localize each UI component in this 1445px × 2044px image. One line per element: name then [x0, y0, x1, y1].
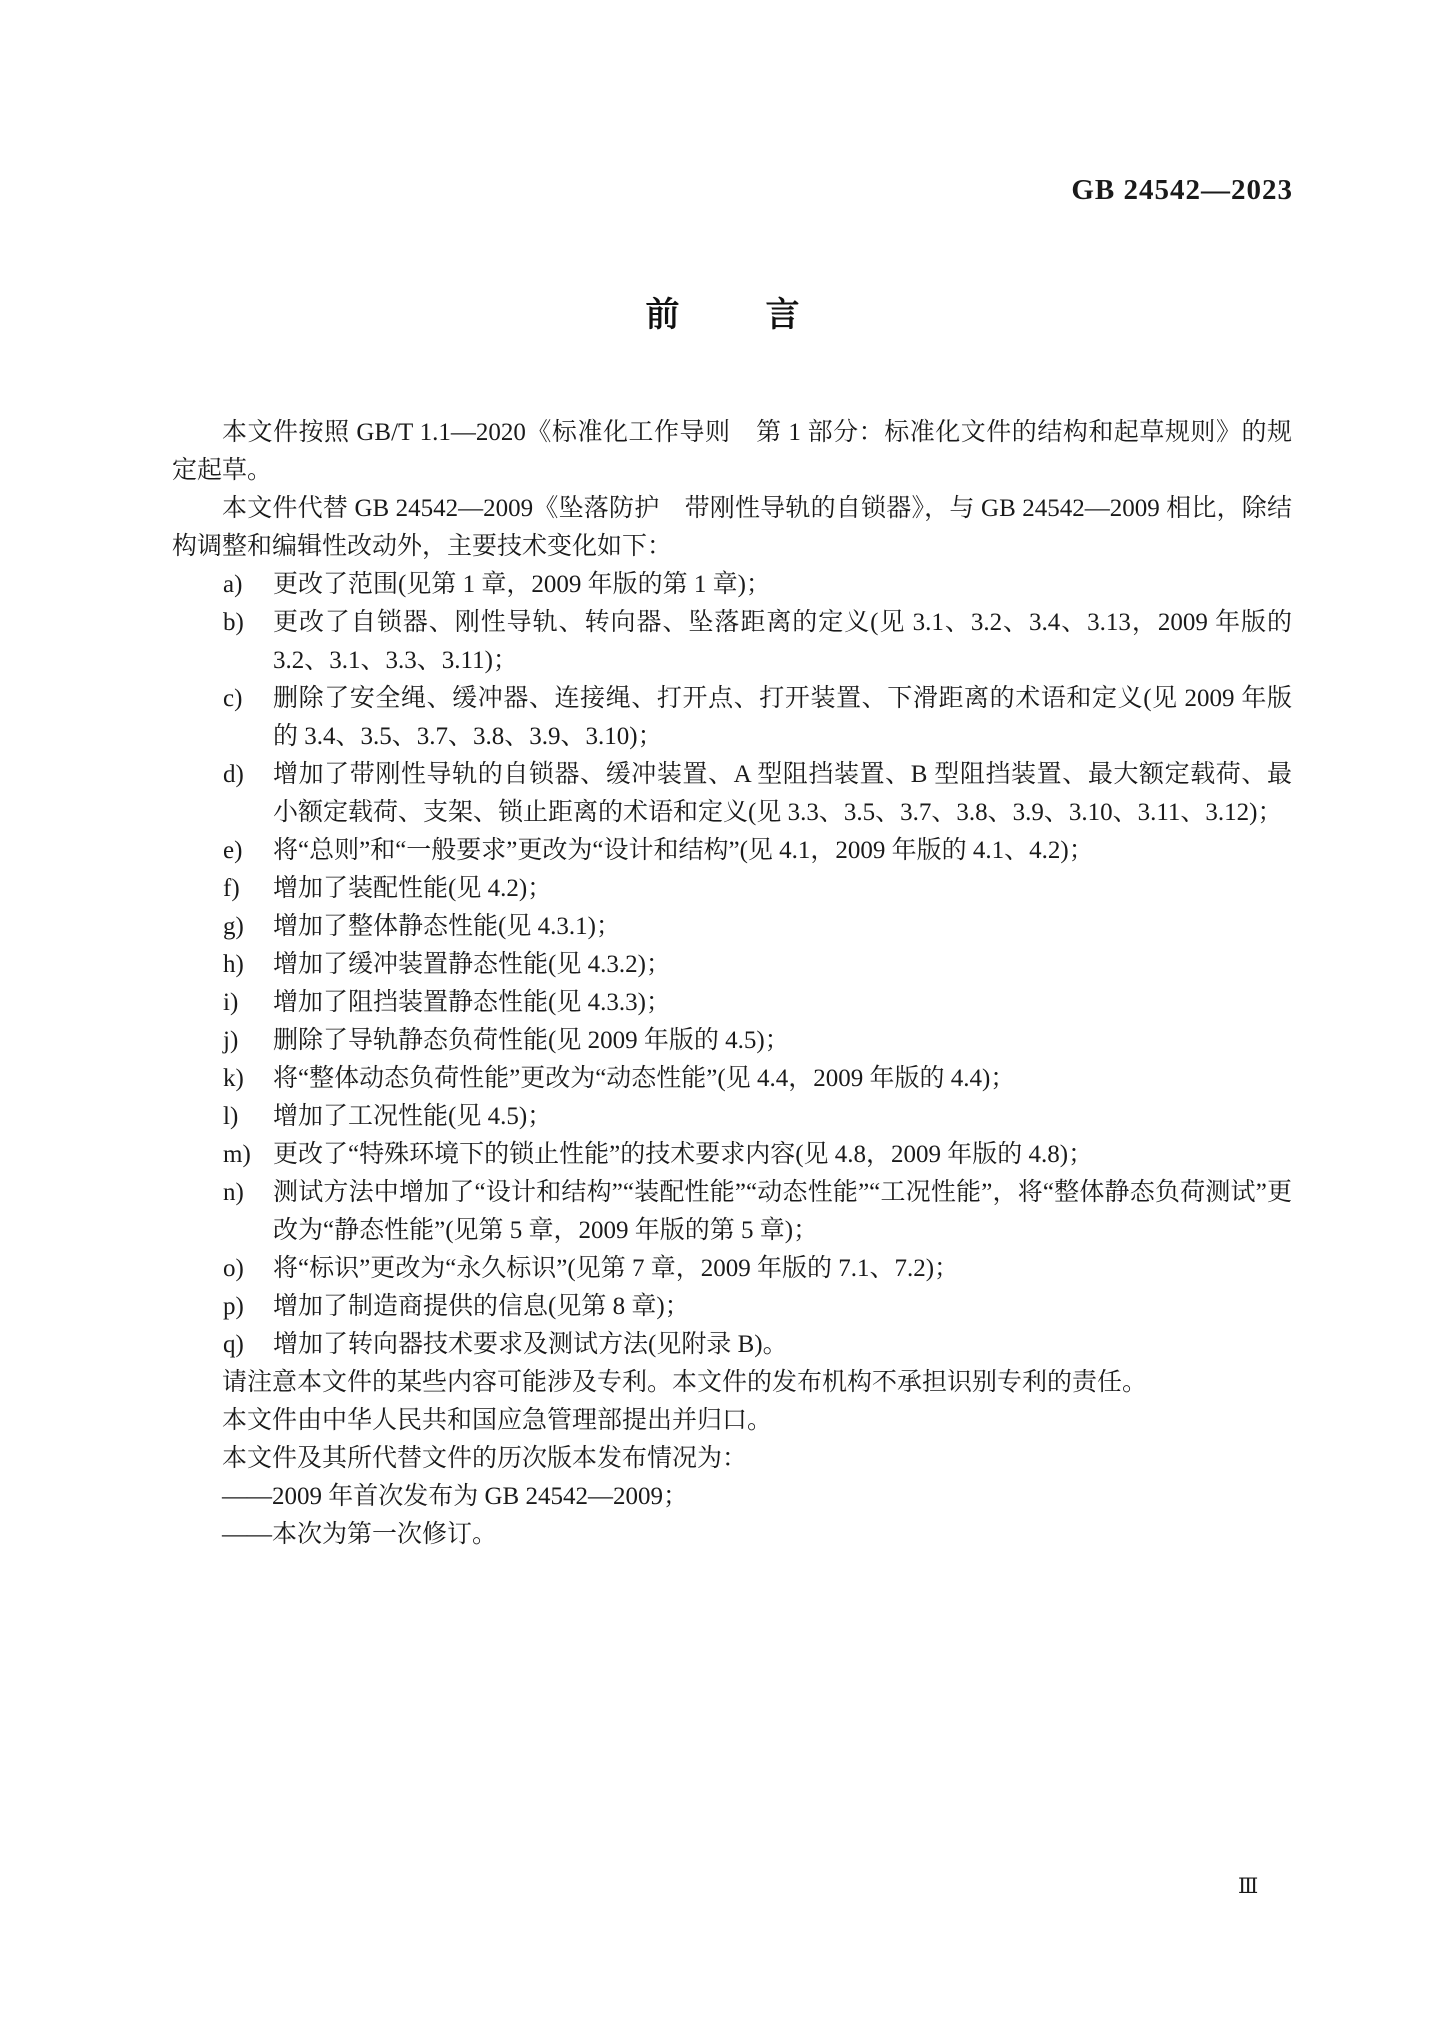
item-label: b) — [223, 604, 244, 642]
title-char-yan: 言 — [766, 296, 800, 334]
change-item-k: k)将“整体动态负荷性能”更改为“动态性能”(见 4.4，2009 年版的 4.… — [172, 1060, 1292, 1098]
item-label: m) — [223, 1136, 251, 1174]
item-text: 将“整体动态负荷性能”更改为“动态性能”(见 4.4，2009 年版的 4.4)… — [273, 1065, 1015, 1092]
change-item-g: g)增加了整体静态性能(见 4.3.1)； — [172, 908, 1292, 946]
change-item-f: f)增加了装配性能(见 4.2)； — [172, 870, 1292, 908]
item-label: d) — [223, 756, 244, 794]
item-text: 删除了安全绳、缓冲器、连接绳、打开点、打开装置、下滑距离的术语和定义(见 200… — [273, 685, 1292, 750]
change-item-l: l)增加了工况性能(见 4.5)； — [172, 1098, 1292, 1136]
page-number: Ⅲ — [1238, 1872, 1258, 1900]
item-text: 增加了制造商提供的信息(见第 8 章)； — [273, 1293, 690, 1320]
item-label: k) — [223, 1060, 244, 1098]
item-label: j) — [223, 1022, 238, 1060]
item-text: 增加了阻挡装置静态性能(见 4.3.3)； — [273, 989, 671, 1016]
change-item-h: h)增加了缓冲装置静态性能(见 4.3.2)； — [172, 946, 1292, 984]
change-item-j: j)删除了导轨静态负荷性能(见 2009 年版的 4.5)； — [172, 1022, 1292, 1060]
change-item-e: e)将“总则”和“一般要求”更改为“设计和结构”(见 4.1，2009 年版的 … — [172, 832, 1292, 870]
item-text: 将“标识”更改为“永久标识”(见第 7 章，2009 年版的 7.1、7.2)； — [273, 1255, 959, 1282]
item-label: e) — [223, 832, 242, 870]
page-title: 前言 — [0, 296, 1445, 334]
item-text: 删除了导轨静态负荷性能(见 2009 年版的 4.5)； — [273, 1027, 790, 1054]
item-text: 增加了工况性能(见 4.5)； — [273, 1103, 552, 1130]
item-text: 更改了“特殊环境下的锁止性能”的技术要求内容(见 4.8，2009 年版的 4.… — [273, 1141, 1093, 1168]
standard-number: GB 24542—2023 — [1071, 174, 1293, 207]
item-label: c) — [223, 680, 242, 718]
item-text: 增加了转向器技术要求及测试方法(见附录 B)。 — [273, 1331, 788, 1358]
item-label: f) — [223, 870, 240, 908]
change-item-b: b)更改了自锁器、刚性导轨、转向器、坠落距离的定义(见 3.1、3.2、3.4、… — [172, 604, 1292, 680]
change-item-d: d)增加了带刚性导轨的自锁器、缓冲装置、A 型阻挡装置、B 型阻挡装置、最大额定… — [172, 756, 1292, 832]
change-item-a: a)更改了范围(见第 1 章，2009 年版的第 1 章)； — [172, 566, 1292, 604]
change-item-o: o)将“标识”更改为“永久标识”(见第 7 章，2009 年版的 7.1、7.2… — [172, 1250, 1292, 1288]
change-item-q: q)增加了转向器技术要求及测试方法(见附录 B)。 — [172, 1326, 1292, 1364]
change-item-n: n)测试方法中增加了“设计和结构”“装配性能”“动态性能”“工况性能”，将“整体… — [172, 1174, 1292, 1250]
history-item: ——本次为第一次修订。 — [172, 1516, 1292, 1554]
issuing-body: 本文件由中华人民共和国应急管理部提出并归口。 — [172, 1402, 1292, 1440]
change-item-c: c)删除了安全绳、缓冲器、连接绳、打开点、打开装置、下滑距离的术语和定义(见 2… — [172, 680, 1292, 756]
item-text: 增加了装配性能(见 4.2)； — [273, 875, 552, 902]
history-item: ——2009 年首次发布为 GB 24542—2009； — [172, 1478, 1292, 1516]
document-page: GB 24542—2023 前言 本文件按照 GB/T 1.1—2020《标准化… — [0, 0, 1445, 2044]
foreword-body: 本文件按照 GB/T 1.1—2020《标准化工作导则 第 1 部分：标准化文件… — [172, 414, 1292, 1554]
item-text: 将“总则”和“一般要求”更改为“设计和结构”(见 4.1，2009 年版的 4.… — [273, 837, 1094, 864]
item-text: 增加了整体静态性能(见 4.3.1)； — [273, 913, 621, 940]
history-intro: 本文件及其所代替文件的历次版本发布情况为： — [172, 1440, 1292, 1478]
patent-notice: 请注意本文件的某些内容可能涉及专利。本文件的发布机构不承担识别专利的责任。 — [172, 1364, 1292, 1402]
change-item-i: i)增加了阻挡装置静态性能(见 4.3.3)； — [172, 984, 1292, 1022]
item-label: p) — [223, 1288, 244, 1326]
intro-paragraph: 本文件按照 GB/T 1.1—2020《标准化工作导则 第 1 部分：标准化文件… — [172, 414, 1292, 490]
item-label: o) — [223, 1250, 244, 1288]
item-text: 测试方法中增加了“设计和结构”“装配性能”“动态性能”“工况性能”，将“整体静态… — [273, 1179, 1292, 1244]
item-label: a) — [223, 566, 242, 604]
title-char-qian: 前 — [646, 296, 680, 334]
item-text: 更改了范围(见第 1 章，2009 年版的第 1 章)； — [273, 571, 771, 598]
item-text: 更改了自锁器、刚性导轨、转向器、坠落距离的定义(见 3.1、3.2、3.4、3.… — [273, 609, 1292, 674]
item-text: 增加了带刚性导轨的自锁器、缓冲装置、A 型阻挡装置、B 型阻挡装置、最大额定载荷… — [273, 761, 1292, 826]
item-label: q) — [223, 1326, 244, 1364]
item-label: i) — [223, 984, 238, 1022]
item-label: l) — [223, 1098, 238, 1136]
change-item-m: m)更改了“特殊环境下的锁止性能”的技术要求内容(见 4.8，2009 年版的 … — [172, 1136, 1292, 1174]
item-text: 增加了缓冲装置静态性能(见 4.3.2)； — [273, 951, 671, 978]
item-label: g) — [223, 908, 244, 946]
change-item-p: p)增加了制造商提供的信息(见第 8 章)； — [172, 1288, 1292, 1326]
item-label: h) — [223, 946, 244, 984]
intro-paragraph: 本文件代替 GB 24542—2009《坠落防护 带刚性导轨的自锁器》，与 GB… — [172, 490, 1292, 566]
item-label: n) — [223, 1174, 244, 1212]
